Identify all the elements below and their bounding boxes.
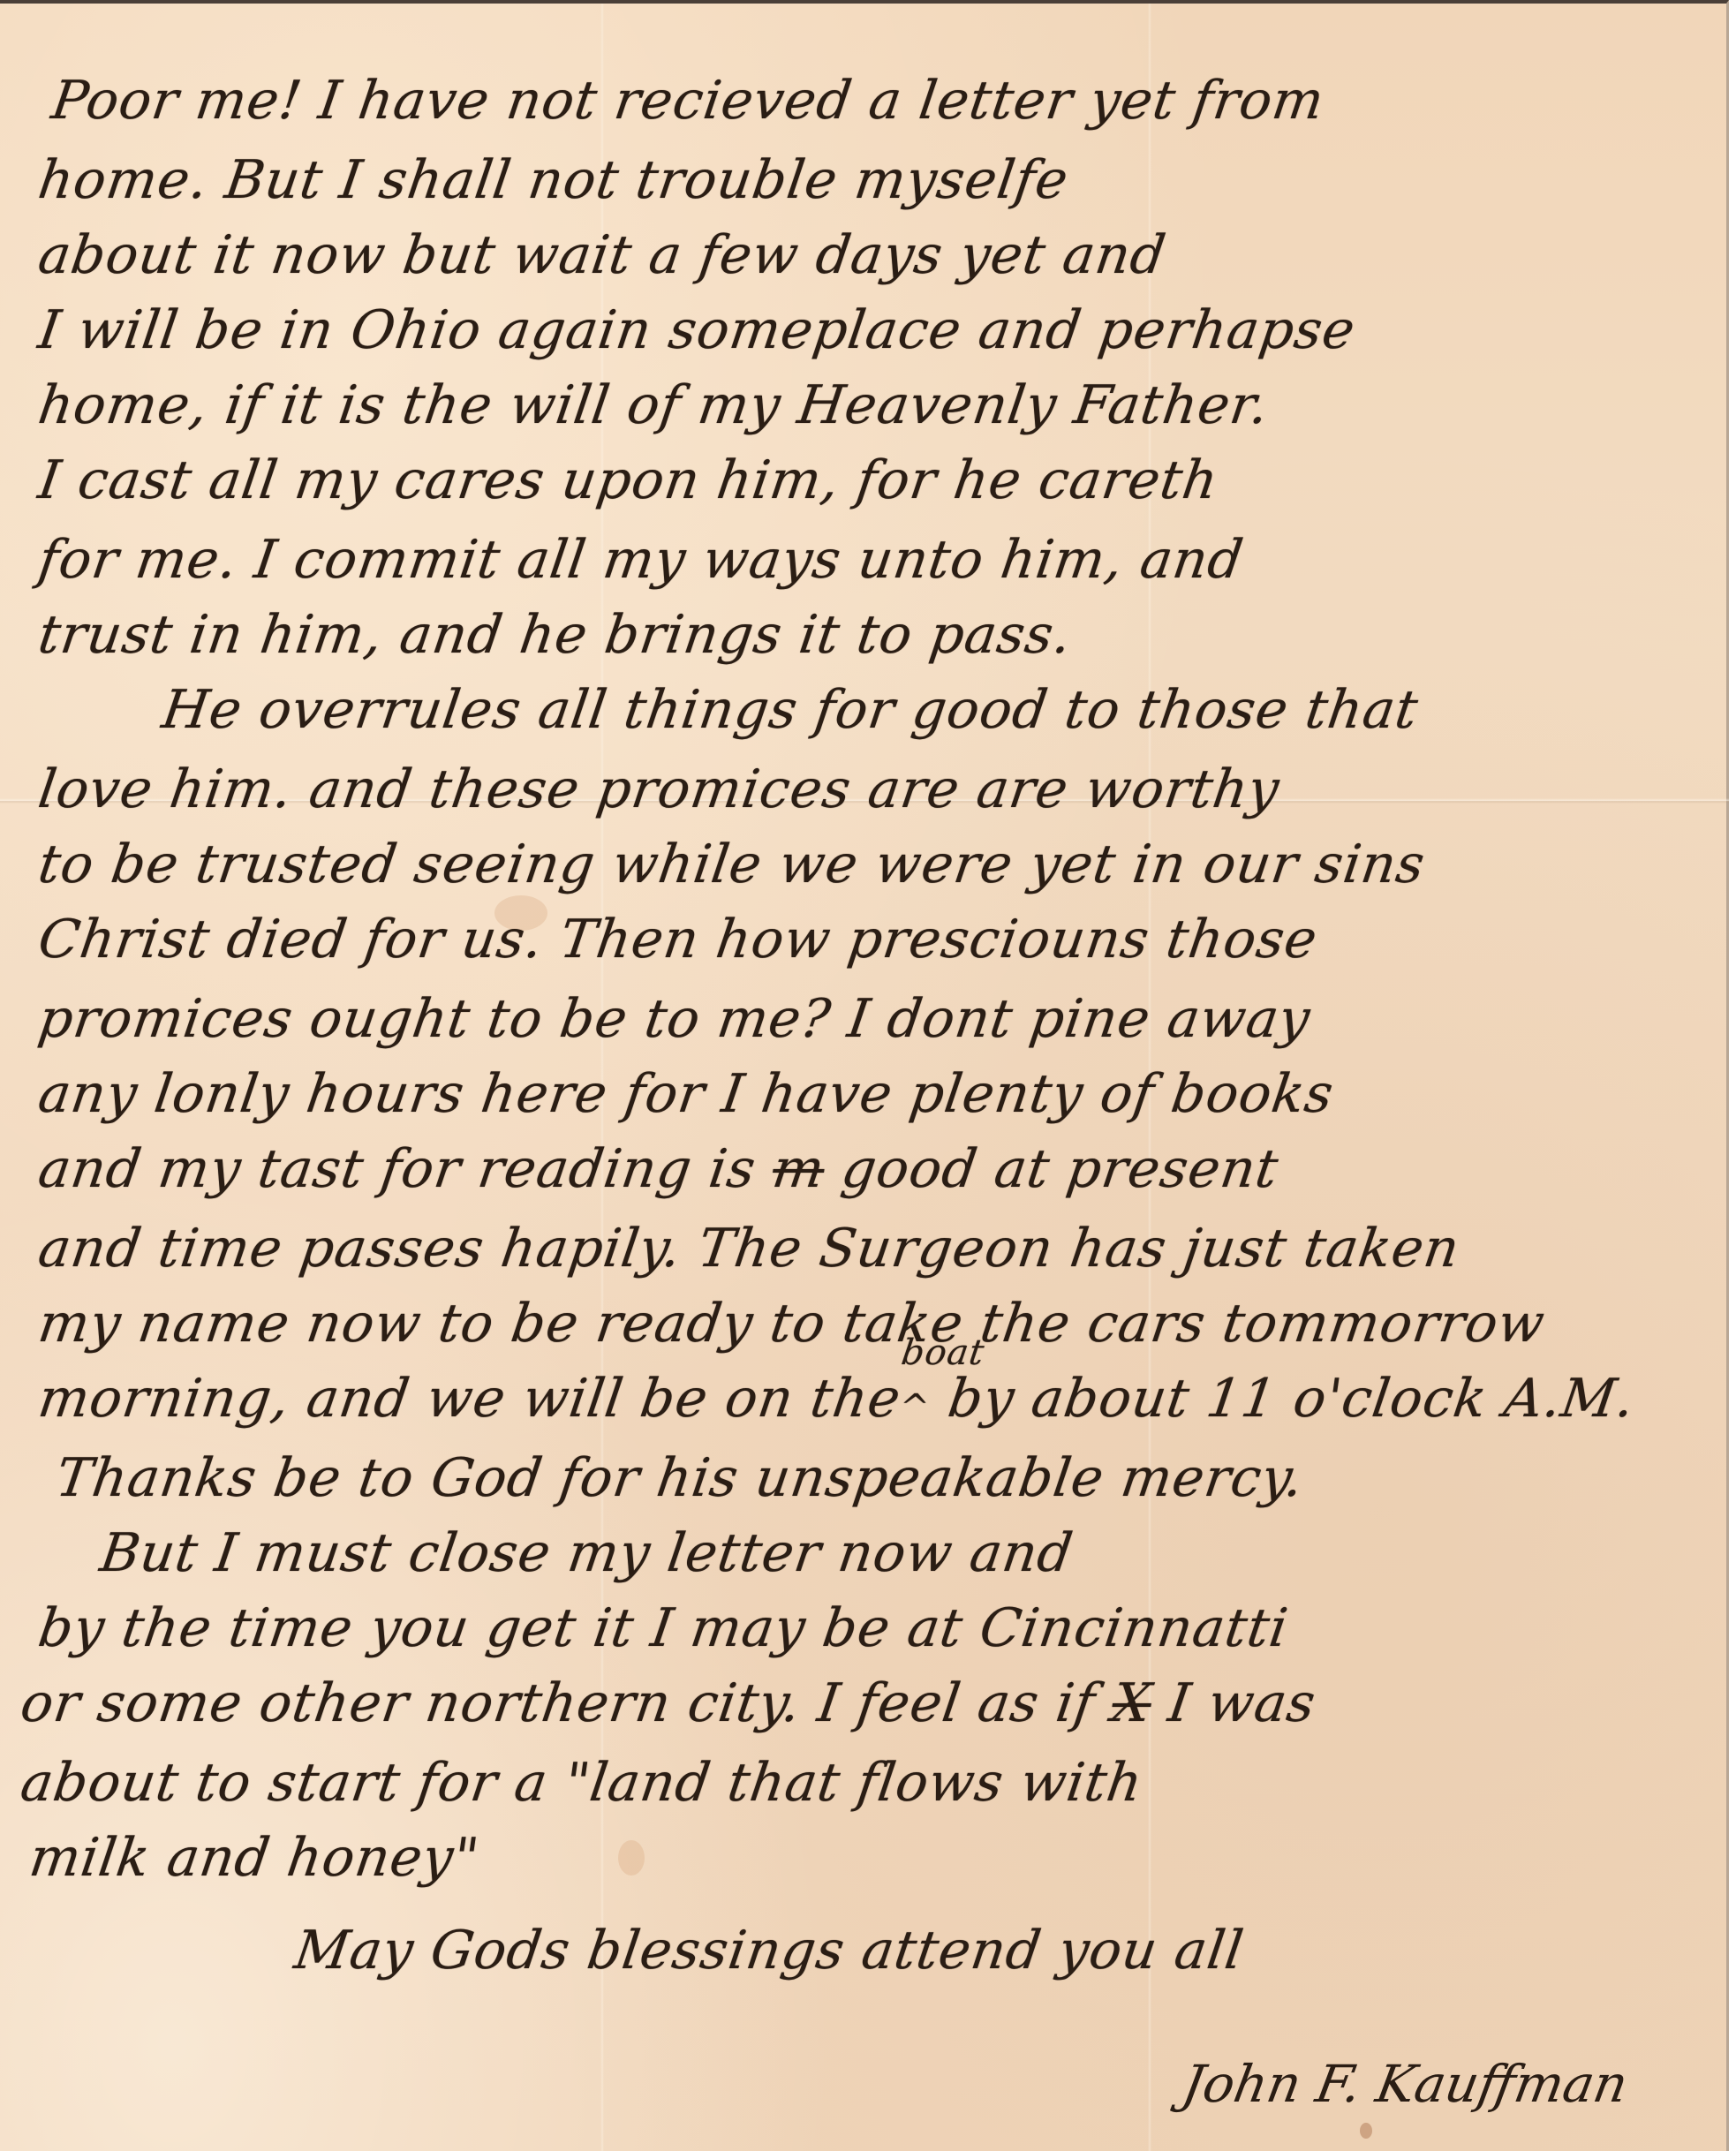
line-15-rest: good at present — [838, 1138, 1283, 1200]
letter-line-19: Thanks be to God for his unspeakable mer… — [53, 1452, 1307, 1505]
inserted-word-text: boat — [899, 1335, 986, 1370]
letter-line-7: for me. I commit all my ways unto him, a… — [35, 533, 1247, 586]
line-22-prefix: or some other northern city. I feel as i… — [17, 1672, 1117, 1734]
letter-line-3: about it now but wait a few days yet and — [35, 229, 1169, 282]
paper-stain — [618, 1840, 645, 1876]
letter-line-23: about to start for a "land that flows wi… — [18, 1756, 1146, 1809]
insertion-caret: ^ — [897, 1390, 932, 1425]
letter-line-4: I will be in Ohio again someplace and pe… — [35, 304, 1359, 357]
letter-line-13: promices ought to be to me? I dont pine … — [35, 992, 1314, 1045]
letter-line-17: my name now to be ready to take the cars… — [35, 1297, 1548, 1350]
line-22-rest: I was — [1165, 1672, 1320, 1734]
inserted-word: boat^ — [897, 1372, 935, 1425]
letter-line-6: I cast all my cares upon him, for he car… — [35, 454, 1221, 507]
letter-line-1: Poor me! I have not recieved a letter ye… — [49, 74, 1327, 127]
letter-line-20: But I must close my letter now and — [97, 1527, 1076, 1580]
struck-out-mark: X — [1108, 1672, 1156, 1734]
struck-out-word: m — [769, 1138, 829, 1200]
letter-page: Poor me! I have not recieved a letter ye… — [0, 0, 1729, 2151]
line-15-prefix: and my tast for reading is — [34, 1138, 777, 1200]
closing-line: May Gods blessings attend you all — [291, 1924, 1247, 1977]
letter-line-12: Christ died for us. Then how presciouns … — [35, 913, 1321, 966]
letter-line-10: love him. and these promices are are wor… — [35, 763, 1283, 816]
letter-line-11: to be trusted seeing while we were yet i… — [35, 838, 1429, 891]
letter-line-14: any lonly hours here for I have plenty o… — [35, 1068, 1337, 1121]
letter-line-22: or some other northern city. I feel as i… — [18, 1677, 1319, 1730]
paper-stain — [1360, 2123, 1372, 2139]
letter-line-9: He overrules all things for good to thos… — [159, 683, 1422, 736]
letter-line-2: home. But I shall not trouble myselfe — [35, 154, 1072, 207]
line-18-rest: by about 11 o'clock A.M. — [945, 1368, 1639, 1430]
letter-line-24: milk and honey" — [26, 1831, 482, 1884]
letter-line-21: by the time you get it I may be at Cinci… — [35, 1602, 1291, 1655]
letter-line-8: trust in him, and he brings it to pass. — [35, 608, 1075, 661]
letter-line-16: and time passes hapily. The Surgeon has … — [35, 1222, 1463, 1275]
signature: John F. Kauffman — [1178, 2054, 1633, 2114]
letter-line-18: morning, and we will be on theboat^ by a… — [35, 1372, 1638, 1425]
letter-line-15: and my tast for reading is m good at pre… — [35, 1143, 1282, 1196]
letter-line-5: home, if it is the will of my Heavenly F… — [35, 379, 1272, 432]
line-18-prefix: morning, and we will be on the — [34, 1368, 904, 1430]
